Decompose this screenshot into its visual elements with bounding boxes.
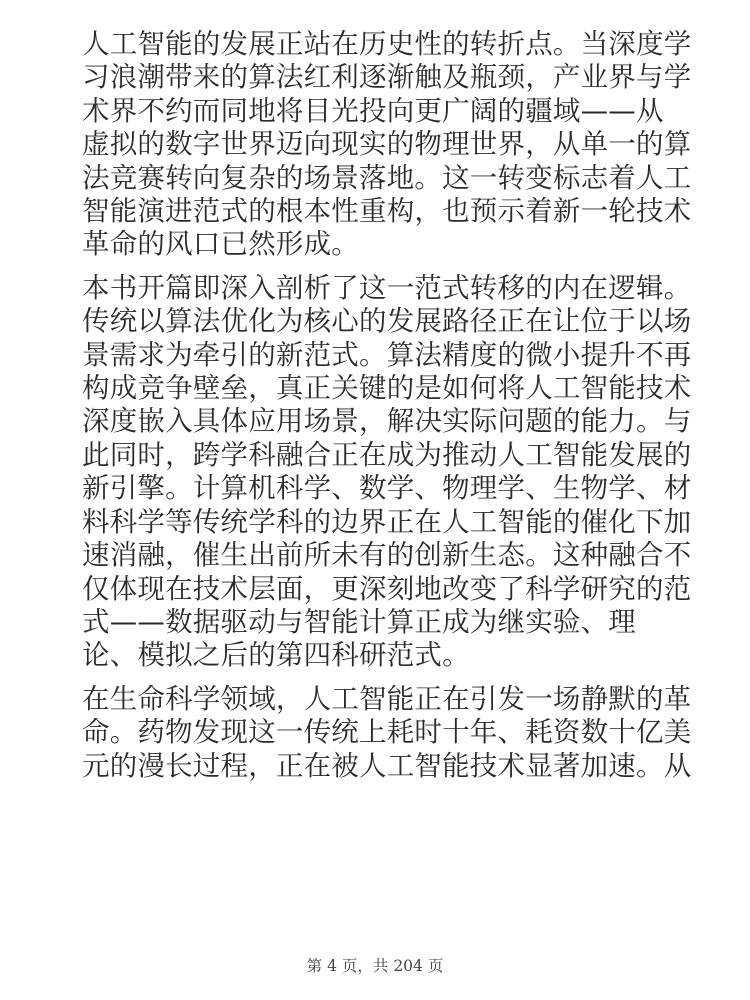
text-line: 构成竞争壁垒，真正关键的是如何将人工智能技术: [82, 372, 682, 405]
text-line: 速消融，催生出前所未有的创新生态。这种融合不: [82, 539, 682, 572]
paragraph-2: 本书开篇即深入剖析了这一范式转移的内在逻辑。 传统以算法优化为核心的发展路径正在…: [82, 272, 682, 673]
page-number-footer: 第 4 页，共 204 页: [0, 954, 750, 976]
text-line: 仅体现在技术层面，更深刻地改变了科学研究的范: [82, 573, 682, 606]
text-line: 景需求为牵引的新范式。算法精度的微小提升不再: [82, 339, 682, 372]
text-line: 元的漫长过程，正在被人工智能技术显著加速。从: [82, 750, 682, 783]
text-line: 革命的风口已然形成。: [82, 228, 682, 261]
text-line: 此同时，跨学科融合正在成为推动人工智能发展的: [82, 439, 682, 472]
text-line: 智能演进范式的根本性重构，也预示着新一轮技术: [82, 195, 682, 228]
text-line: 人工智能的发展正站在历史性的转折点。当深度学: [82, 28, 682, 61]
text-line: 术界不约而同地将目光投向更广阔的疆域——从: [82, 95, 682, 128]
document-body: 人工智能的发展正站在历史性的转折点。当深度学 习浪潮带来的算法红利逐渐触及瓶颈，…: [82, 28, 682, 793]
text-line: 新引擎。计算机科学、数学、物理学、生物学、材: [82, 472, 682, 505]
text-line: 料科学等传统学科的边界正在人工智能的催化下加: [82, 506, 682, 539]
text-line: 传统以算法优化为核心的发展路径正在让位于以场: [82, 305, 682, 338]
text-line: 本书开篇即深入剖析了这一范式转移的内在逻辑。: [82, 272, 682, 305]
text-line: 在生命科学领域，人工智能正在引发一场静默的革: [82, 683, 682, 716]
paragraph-3: 在生命科学领域，人工智能正在引发一场静默的革 命。药物发现这一传统上耗时十年、耗…: [82, 683, 682, 783]
text-line: 习浪潮带来的算法红利逐渐触及瓶颈，产业界与学: [82, 61, 682, 94]
text-line: 论、模拟之后的第四科研范式。: [82, 639, 682, 672]
paragraph-1: 人工智能的发展正站在历史性的转折点。当深度学 习浪潮带来的算法红利逐渐触及瓶颈，…: [82, 28, 682, 262]
text-line: 深度嵌入具体应用场景，解决实际问题的能力。与: [82, 405, 682, 438]
text-line: 虚拟的数字世界迈向现实的物理世界，从单一的算: [82, 128, 682, 161]
text-line: 式——数据驱动与智能计算正成为继实验、理: [82, 606, 682, 639]
text-line: 命。药物发现这一传统上耗时十年、耗资数十亿美: [82, 716, 682, 749]
text-line: 法竞赛转向复杂的场景落地。这一转变标志着人工: [82, 162, 682, 195]
